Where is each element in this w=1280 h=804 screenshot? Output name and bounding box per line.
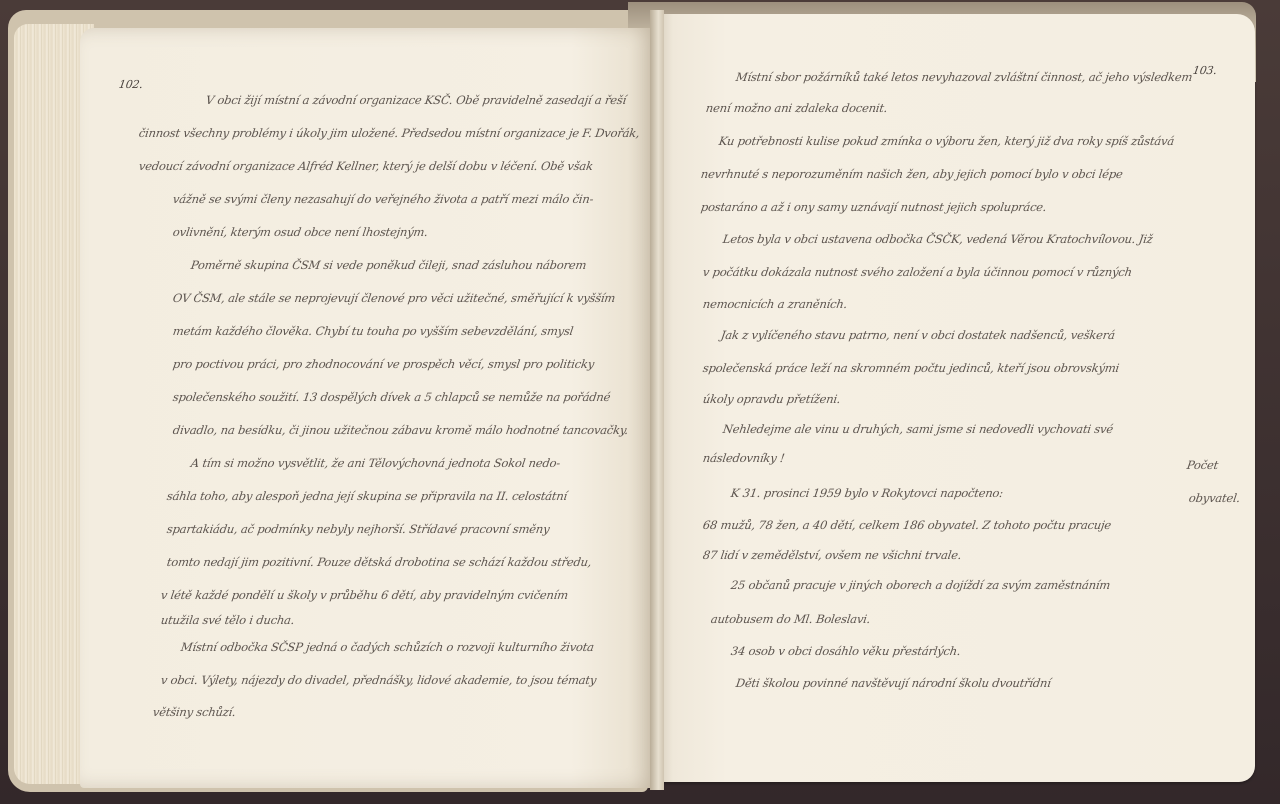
right-line: 87 lidí v zemědělství, ovšem ne všichni … — [702, 548, 962, 562]
right-line: úkoly opravdu přetíženi. — [702, 392, 841, 406]
left-line: vedoucí závodní organizace Alfréd Kellne… — [138, 159, 594, 173]
right-line: K 31. prosinci 1959 bylo v Rokytovci nap… — [730, 486, 1004, 500]
right-line: nemocnicích a zraněních. — [702, 297, 848, 311]
right-line: Děti školou povinné navštěvují národní š… — [735, 676, 1052, 690]
right-line: 34 osob v obci dosáhlo věku přestárlých. — [730, 644, 961, 658]
right-line: 25 občanů pracuje v jiných oborech a doj… — [730, 578, 1111, 592]
left-line: Místní odbočka SČSP jedná o čadých schůz… — [180, 640, 595, 654]
left-line: sáhla toho, aby alespoň jedna její skupi… — [166, 489, 568, 503]
right-page-number: 103. — [1192, 64, 1218, 77]
left-line: Poměrně skupina ČSM si vede poněkud čile… — [190, 258, 587, 272]
left-line: V obci žijí místní a závodní organizace … — [205, 93, 627, 107]
left-line: spartakiádu, ač podmínky nebyly nejhorší… — [166, 522, 550, 536]
left-line: většiny schůzí. — [152, 705, 237, 719]
left-line: tomto nedají jim pozitivní. Pouze dětská… — [166, 555, 592, 569]
right-line: není možno ani zdaleka docenit. — [705, 101, 888, 115]
book-spine-gutter — [650, 10, 664, 790]
left-line: činnost všechny problémy i úkoly jim ulo… — [138, 126, 641, 140]
right-line: společenská práce leží na skromném počtu… — [702, 361, 1120, 375]
left-line: ovlivnění, kterým osud obce není lhostej… — [172, 225, 429, 239]
right-line: Jak z vylíčeného stavu patrno, není v ob… — [720, 328, 1116, 342]
left-line: v létě každé pondělí u školy v průběhu 6… — [160, 588, 569, 602]
margin-note: obyvatel. — [1188, 491, 1241, 505]
left-line: vážně se svými členy nezasahují do veřej… — [172, 192, 594, 206]
left-line: OV ČSM, ale stále se neprojevují členové… — [172, 291, 616, 305]
left-line: utužila své tělo i ducha. — [160, 613, 295, 627]
left-line: pro poctivou práci, pro zhodnocování ve … — [172, 357, 595, 371]
left-line: v obci. Výlety, nájezdy do divadel, před… — [160, 673, 597, 687]
right-line: Nehledejme ale vinu u druhých, sami jsme… — [722, 422, 1114, 436]
right-line: v počátku dokázala nutnost svého založen… — [702, 265, 1133, 279]
left-line: divadlo, na besídku, či jinou užitečnou … — [172, 423, 629, 437]
right-line: nevrhnuté s neporozuměním našich žen, ab… — [700, 167, 1124, 181]
right-line: Letos byla v obci ustavena odbočka ČSČK,… — [722, 232, 1154, 246]
right-line: Místní sbor požárníků také letos nevyhaz… — [735, 70, 1193, 84]
left-line: společenského soužití. 13 dospělých díve… — [172, 390, 611, 404]
right-line: Ku potřebnosti kulise pokud zmínka o výb… — [718, 134, 1175, 148]
right-line: autobusem do Ml. Boleslavi. — [710, 612, 871, 626]
margin-note: Počet — [1186, 458, 1219, 472]
right-line: následovníky ! — [702, 451, 785, 465]
right-line: 68 mužů, 78 žen, a 40 dětí, celkem 186 o… — [702, 518, 1112, 532]
right-line: postaráno a až i ony samy uznávají nutno… — [700, 200, 1047, 214]
left-line: metám každého člověka. Chybí tu touha po… — [172, 324, 574, 338]
left-line: A tím si možno vysvětlit, že ani Tělovýc… — [190, 456, 561, 470]
left-page-number: 102. — [118, 78, 144, 91]
